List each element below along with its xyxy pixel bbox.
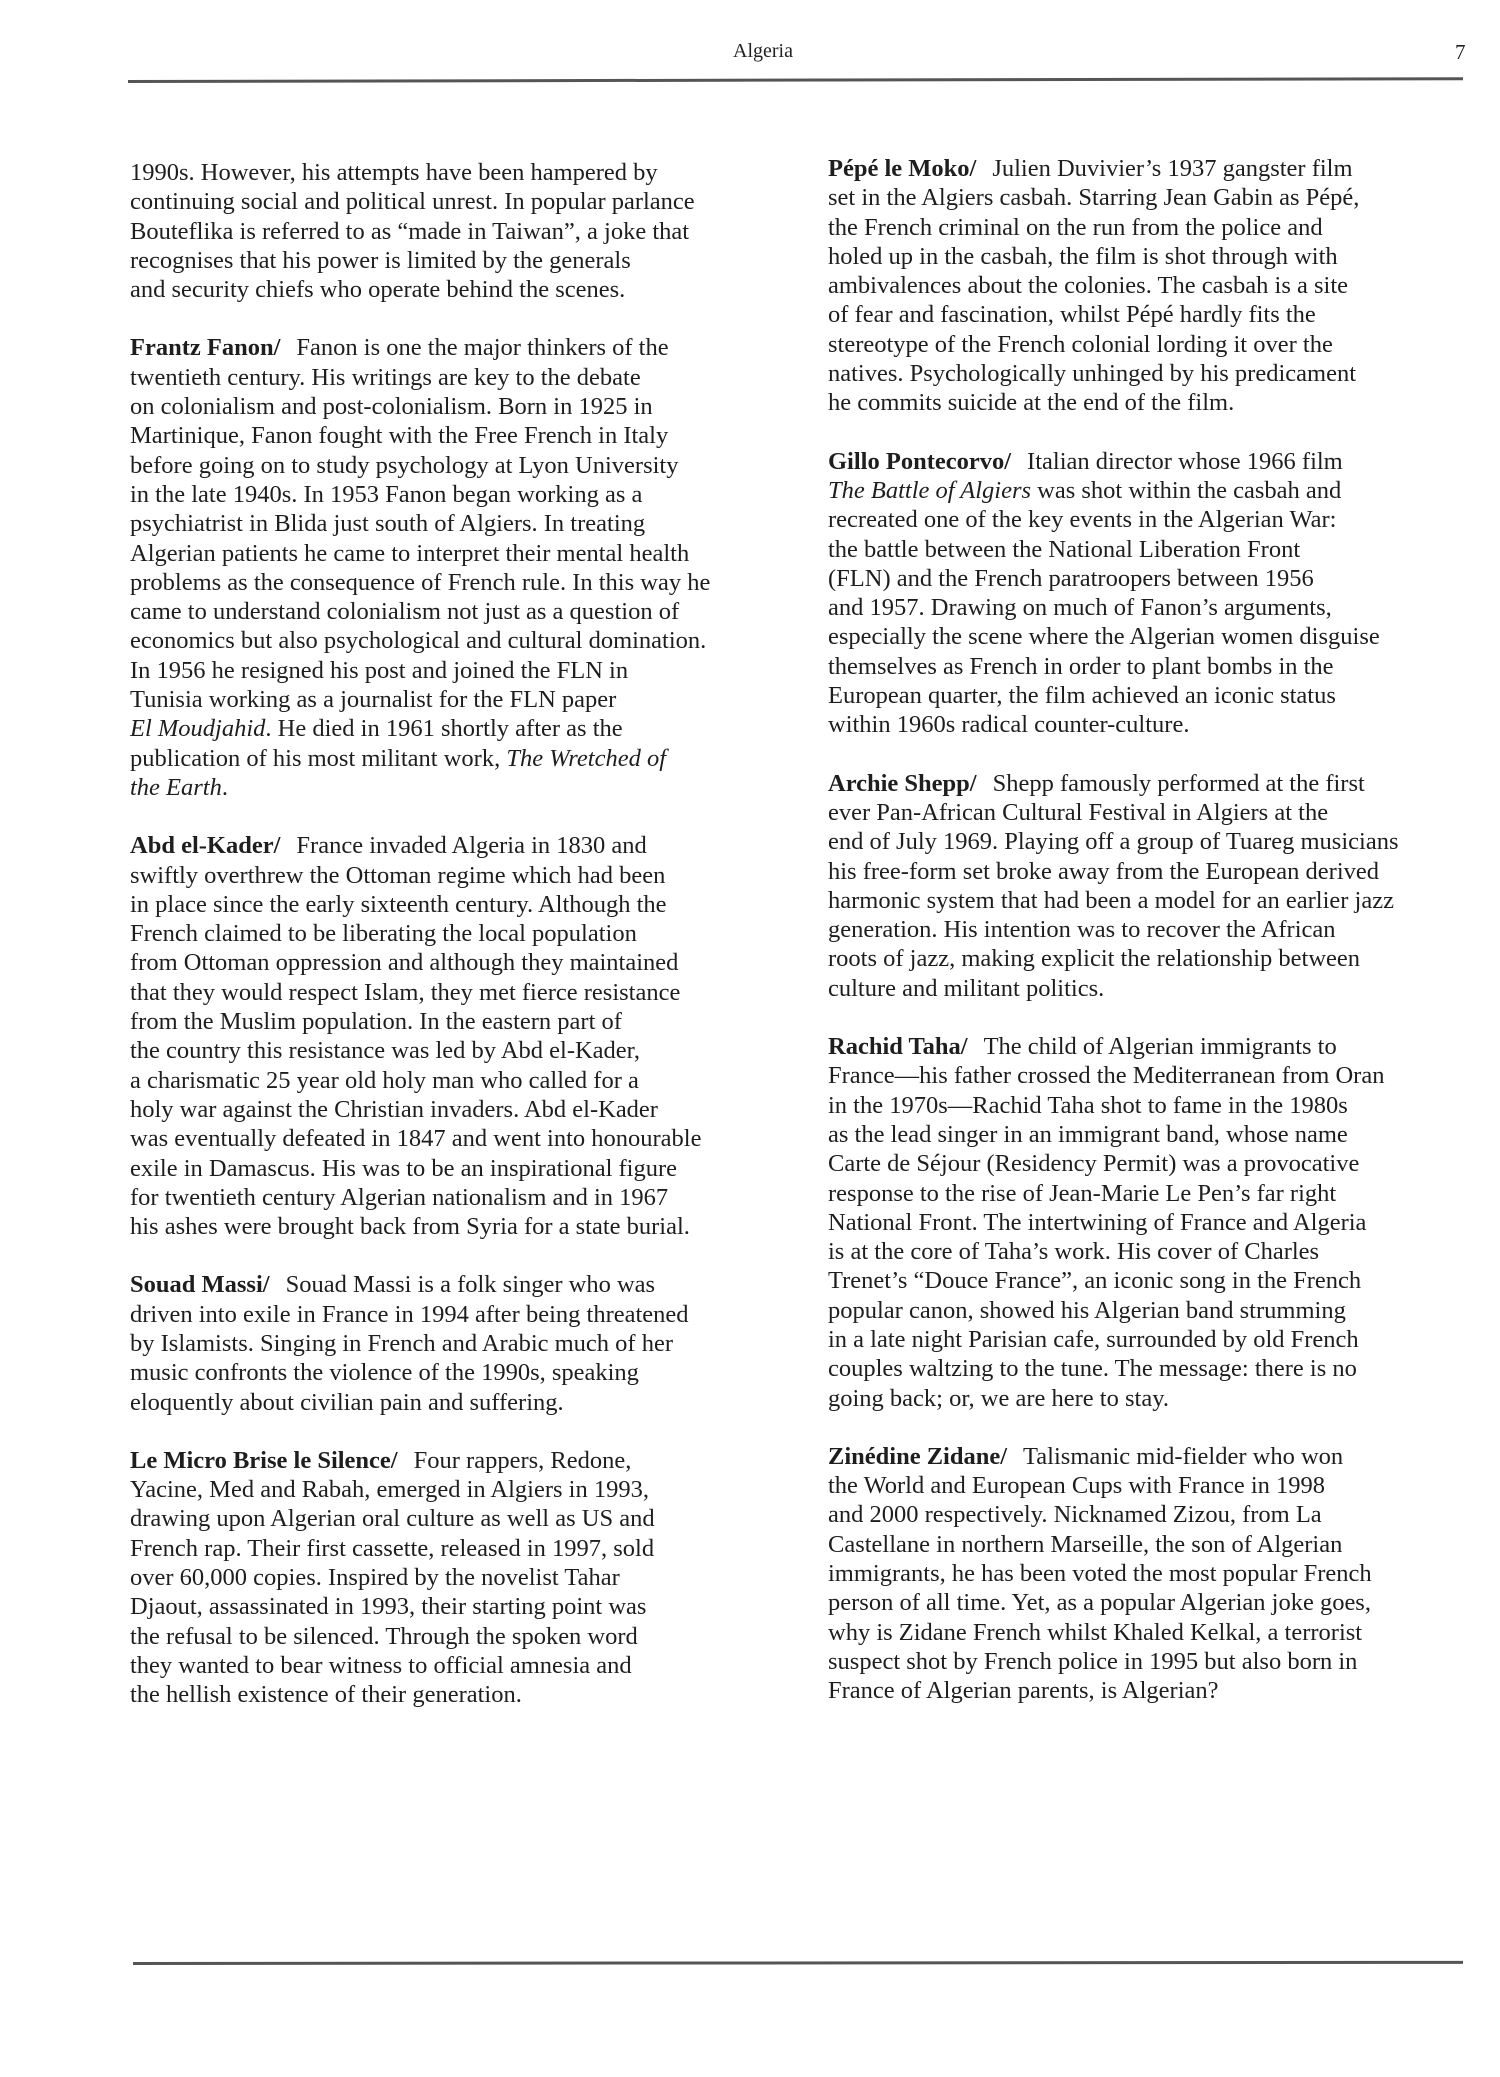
body-text: The child of Algerian immigrants to bbox=[984, 1033, 1337, 1060]
body-text: the French criminal on the run from the … bbox=[828, 214, 1323, 241]
entry-heading: Archie Shepp/ bbox=[828, 770, 977, 797]
body-text: the country this resistance was led by A… bbox=[130, 1037, 640, 1064]
body-text: the refusal to be silenced. Through the … bbox=[130, 1623, 638, 1650]
body-text: and 2000 respectively. Nicknamed Zizou, … bbox=[828, 1501, 1322, 1528]
text-line: a charismatic 25 year old holy man who c… bbox=[130, 1066, 770, 1095]
text-line: Souad Massi/Souad Massi is a folk singer… bbox=[130, 1270, 770, 1299]
text-line: going back; or, we are here to stay. bbox=[828, 1384, 1468, 1413]
text-line: he commits suicide at the end of the fil… bbox=[828, 388, 1468, 417]
body-text: his ashes were brought back from Syria f… bbox=[130, 1213, 690, 1240]
body-text: France—his father crossed the Mediterran… bbox=[828, 1062, 1384, 1089]
body-text: Italian director whose 1966 film bbox=[1027, 448, 1343, 475]
entry-heading: Souad Massi/ bbox=[130, 1271, 270, 1298]
body-text: response to the rise of Jean-Marie Le Pe… bbox=[828, 1180, 1336, 1207]
text-line: swiftly overthrew the Ottoman regime whi… bbox=[130, 861, 770, 890]
body-text: was shot within the casbah and bbox=[1031, 477, 1341, 504]
text-line: they wanted to bear witness to official … bbox=[130, 1651, 770, 1680]
body-text: exile in Damascus. His was to be an insp… bbox=[130, 1155, 677, 1182]
text-line: (FLN) and the French paratroopers betwee… bbox=[828, 564, 1468, 593]
text-line: ever Pan-African Cultural Festival in Al… bbox=[828, 798, 1468, 827]
entry-heading: Rachid Taha/ bbox=[828, 1033, 968, 1060]
text-line: Le Micro Brise le Silence/Four rappers, … bbox=[130, 1446, 770, 1475]
text-line: holy war against the Christian invaders.… bbox=[130, 1095, 770, 1124]
text-line: National Front. The intertwining of Fran… bbox=[828, 1208, 1468, 1237]
entry-heading: Zinédine Zidane/ bbox=[828, 1443, 1007, 1470]
text-line: suspect shot by French police in 1995 bu… bbox=[828, 1647, 1468, 1676]
body-text: Souad Massi is a folk singer who was bbox=[286, 1271, 656, 1298]
footer-rule bbox=[133, 1961, 1463, 1965]
entry-heading: Abd el-Kader/ bbox=[130, 832, 280, 859]
text-line: drawing upon Algerian oral culture as we… bbox=[130, 1504, 770, 1533]
body-text: 1990s. However, his attempts have been h… bbox=[130, 159, 658, 186]
body-text: Shepp famously performed at the first bbox=[993, 770, 1365, 797]
text-line: popular canon, showed his Algerian band … bbox=[828, 1296, 1468, 1325]
text-line: before going on to study psychology at L… bbox=[130, 451, 770, 480]
body-text: Bouteflika is referred to as “made in Ta… bbox=[130, 218, 689, 245]
body-text: recreated one of the key events in the A… bbox=[828, 506, 1336, 533]
text-line: of fear and fascination, whilst Pépé har… bbox=[828, 300, 1468, 329]
body-text: is at the core of Taha’s work. His cover… bbox=[828, 1238, 1319, 1265]
text-line: harmonic system that had been a model fo… bbox=[828, 886, 1468, 915]
header-title: Algeria bbox=[733, 40, 793, 62]
text-line: in a late night Parisian cafe, surrounde… bbox=[828, 1325, 1468, 1354]
text-line: French claimed to be liberating the loca… bbox=[130, 919, 770, 948]
body-text: popular canon, showed his Algerian band … bbox=[828, 1297, 1346, 1324]
glossary-entry: Rachid Taha/The child of Algerian immigr… bbox=[828, 1032, 1468, 1413]
text-line: and 2000 respectively. Nicknamed Zizou, … bbox=[828, 1500, 1468, 1529]
text-line: driven into exile in France in 1994 afte… bbox=[130, 1300, 770, 1329]
text-line: 1990s. However, his attempts have been h… bbox=[130, 158, 770, 187]
body-text: . bbox=[222, 774, 228, 801]
text-line: within 1960s radical counter-culture. bbox=[828, 710, 1468, 739]
body-text: and 1957. Drawing on much of Fanon’s arg… bbox=[828, 594, 1332, 621]
header-rule bbox=[128, 77, 1463, 83]
text-line: by Islamists. Singing in French and Arab… bbox=[130, 1329, 770, 1358]
body-text: twentieth century. His writings are key … bbox=[130, 364, 641, 391]
text-line: The Battle of Algiers was shot within th… bbox=[828, 476, 1468, 505]
body-text: Yacine, Med and Rabah, emerged in Algier… bbox=[130, 1476, 649, 1503]
text-line: stereotype of the French colonial lordin… bbox=[828, 330, 1468, 359]
text-line: and 1957. Drawing on much of Fanon’s arg… bbox=[828, 593, 1468, 622]
body-text: National Front. The intertwining of Fran… bbox=[828, 1209, 1366, 1236]
text-line: twentieth century. His writings are key … bbox=[130, 363, 770, 392]
left-column: 1990s. However, his attempts have been h… bbox=[130, 158, 770, 1739]
entry-heading: Frantz Fanon/ bbox=[130, 334, 280, 361]
body-text: of fear and fascination, whilst Pépé har… bbox=[828, 301, 1316, 328]
text-line: is at the core of Taha’s work. His cover… bbox=[828, 1237, 1468, 1266]
entry-heading: Le Micro Brise le Silence/ bbox=[130, 1447, 398, 1474]
body-text: (FLN) and the French paratroopers betwee… bbox=[828, 565, 1314, 592]
text-line: that they would respect Islam, they met … bbox=[130, 978, 770, 1007]
body-text: French claimed to be liberating the loca… bbox=[130, 920, 637, 947]
text-line: Algerian patients he came to interpret t… bbox=[130, 539, 770, 568]
body-text: Julien Duvivier’s 1937 gangster film bbox=[992, 155, 1352, 182]
body-text: France of Algerian parents, is Algerian? bbox=[828, 1677, 1219, 1704]
body-text: and security chiefs who operate behind t… bbox=[130, 276, 625, 303]
body-text: harmonic system that had been a model fo… bbox=[828, 887, 1394, 914]
continued-paragraph: 1990s. However, his attempts have been h… bbox=[130, 158, 770, 304]
body-text: in a late night Parisian cafe, surrounde… bbox=[828, 1326, 1359, 1353]
text-line: as the lead singer in an immigrant band,… bbox=[828, 1120, 1468, 1149]
glossary-entry: Zinédine Zidane/Talismanic mid-fielder w… bbox=[828, 1442, 1468, 1706]
text-line: France—his father crossed the Mediterran… bbox=[828, 1061, 1468, 1090]
body-text: France invaded Algeria in 1830 and bbox=[296, 832, 646, 859]
text-line: Archie Shepp/Shepp famously performed at… bbox=[828, 769, 1468, 798]
text-line: Castellane in northern Marseille, the so… bbox=[828, 1530, 1468, 1559]
text-line: publication of his most militant work, T… bbox=[130, 744, 770, 773]
text-line: in place since the early sixteenth centu… bbox=[130, 890, 770, 919]
text-line: France of Algerian parents, is Algerian? bbox=[828, 1676, 1468, 1705]
body-text: he commits suicide at the end of the fil… bbox=[828, 389, 1234, 416]
body-text: Fanon is one the major thinkers of the bbox=[296, 334, 668, 361]
body-text: holy war against the Christian invaders.… bbox=[130, 1096, 658, 1123]
body-text: a charismatic 25 year old holy man who c… bbox=[130, 1067, 639, 1094]
body-text: couples waltzing to the tune. The messag… bbox=[828, 1355, 1357, 1382]
body-text: French rap. Their first cassette, releas… bbox=[130, 1535, 654, 1562]
body-text: publication of his most militant work, bbox=[130, 745, 506, 772]
body-text: recognises that his power is limited by … bbox=[130, 247, 631, 274]
body-text: was eventually defeated in 1847 and went… bbox=[130, 1125, 702, 1152]
text-line: for twentieth century Algerian nationali… bbox=[130, 1183, 770, 1212]
body-text: person of all time. Yet, as a popular Al… bbox=[828, 1589, 1371, 1616]
text-line: Zinédine Zidane/Talismanic mid-fielder w… bbox=[828, 1442, 1468, 1471]
body-text: eloquently about civilian pain and suffe… bbox=[130, 1389, 564, 1416]
text-line: French rap. Their first cassette, releas… bbox=[130, 1534, 770, 1563]
body-text: swiftly overthrew the Ottoman regime whi… bbox=[130, 862, 665, 889]
text-line: Yacine, Med and Rabah, emerged in Algier… bbox=[130, 1475, 770, 1504]
text-line: set in the Algiers casbah. Starring Jean… bbox=[828, 183, 1468, 212]
text-line: in the late 1940s. In 1953 Fanon began w… bbox=[130, 480, 770, 509]
body-text: in the 1970s—Rachid Taha shot to fame in… bbox=[828, 1092, 1348, 1119]
text-line: Tunisia working as a journalist for the … bbox=[130, 685, 770, 714]
glossary-entry: Gillo Pontecorvo/Italian director whose … bbox=[828, 447, 1468, 740]
body-text: drawing upon Algerian oral culture as we… bbox=[130, 1505, 655, 1532]
text-line: response to the rise of Jean-Marie Le Pe… bbox=[828, 1179, 1468, 1208]
body-text: for twentieth century Algerian nationali… bbox=[130, 1184, 668, 1211]
body-text: driven into exile in France in 1994 afte… bbox=[130, 1301, 689, 1328]
body-text: Carte de Séjour (Residency Permit) was a… bbox=[828, 1150, 1359, 1177]
body-text: in the late 1940s. In 1953 Fanon began w… bbox=[130, 481, 642, 508]
body-text: why is Zidane French whilst Khaled Kelka… bbox=[828, 1619, 1362, 1646]
body-text: especially the scene where the Algerian … bbox=[828, 623, 1380, 650]
body-text: the battle between the National Liberati… bbox=[828, 536, 1300, 563]
text-line: culture and militant politics. bbox=[828, 974, 1468, 1003]
text-line: Gillo Pontecorvo/Italian director whose … bbox=[828, 447, 1468, 476]
entry-heading: Gillo Pontecorvo/ bbox=[828, 448, 1011, 475]
body-text: suspect shot by French police in 1995 bu… bbox=[828, 1648, 1357, 1675]
text-line: recognises that his power is limited by … bbox=[130, 246, 770, 275]
text-line: over 60,000 copies. Inspired by the nove… bbox=[130, 1563, 770, 1592]
text-line: on colonialism and post-colonialism. Bor… bbox=[130, 392, 770, 421]
text-line: the country this resistance was led by A… bbox=[130, 1036, 770, 1065]
body-text: the hellish existence of their generatio… bbox=[130, 1681, 522, 1708]
body-text: In 1956 he resigned his post and joined … bbox=[130, 657, 628, 684]
body-text: on colonialism and post-colonialism. Bor… bbox=[130, 393, 653, 420]
body-text: in place since the early sixteenth centu… bbox=[130, 891, 667, 918]
body-text: by Islamists. Singing in French and Arab… bbox=[130, 1330, 673, 1357]
text-line: the World and European Cups with France … bbox=[828, 1471, 1468, 1500]
body-text: as the lead singer in an immigrant band,… bbox=[828, 1121, 1348, 1148]
body-text: within 1960s radical counter-culture. bbox=[828, 711, 1189, 738]
page-number: 7 bbox=[1455, 40, 1466, 65]
body-text: from Ottoman oppression and although the… bbox=[130, 949, 678, 976]
text-line: exile in Damascus. His was to be an insp… bbox=[130, 1154, 770, 1183]
body-text: ambivalences about the colonies. The cas… bbox=[828, 272, 1348, 299]
text-line: Trenet’s “Douce France”, an iconic song … bbox=[828, 1266, 1468, 1295]
body-text: . He died in 1961 shortly after as the bbox=[265, 715, 622, 742]
body-text: economics but also psychological and cul… bbox=[130, 627, 706, 654]
body-text: end of July 1969. Playing off a group of… bbox=[828, 828, 1399, 855]
body-text: European quarter, the film achieved an i… bbox=[828, 682, 1336, 709]
body-text: going back; or, we are here to stay. bbox=[828, 1385, 1169, 1412]
body-text: Djaout, assassinated in 1993, their star… bbox=[130, 1593, 646, 1620]
body-text: the World and European Cups with France … bbox=[828, 1472, 1325, 1499]
body-text: from the Muslim population. In the easte… bbox=[130, 1008, 622, 1035]
body-text: psychiatrist in Blida just south of Algi… bbox=[130, 510, 645, 537]
text-line: Carte de Séjour (Residency Permit) was a… bbox=[828, 1149, 1468, 1178]
glossary-entry: Archie Shepp/Shepp famously performed at… bbox=[828, 769, 1468, 1003]
body-text: roots of jazz, making explicit the relat… bbox=[828, 945, 1360, 972]
body-text: over 60,000 copies. Inspired by the nove… bbox=[130, 1564, 620, 1591]
glossary-entry: Pépé le Moko/Julien Duvivier’s 1937 gang… bbox=[828, 154, 1468, 418]
body-text: problems as the consequence of French ru… bbox=[130, 569, 710, 596]
body-text: ever Pan-African Cultural Festival in Al… bbox=[828, 799, 1328, 826]
body-text: music confronts the violence of the 1990… bbox=[130, 1359, 639, 1386]
text-line: psychiatrist in Blida just south of Algi… bbox=[130, 509, 770, 538]
glossary-entry: Frantz Fanon/Fanon is one the major thin… bbox=[130, 333, 770, 802]
text-line: Martinique, Fanon fought with the Free F… bbox=[130, 421, 770, 450]
text-line: music confronts the violence of the 1990… bbox=[130, 1358, 770, 1387]
text-line: Frantz Fanon/Fanon is one the major thin… bbox=[130, 333, 770, 362]
body-text: holed up in the casbah, the film is shot… bbox=[828, 243, 1338, 270]
text-line: end of July 1969. Playing off a group of… bbox=[828, 827, 1468, 856]
body-text: Four rappers, Redone, bbox=[414, 1447, 632, 1474]
text-line: European quarter, the film achieved an i… bbox=[828, 681, 1468, 710]
text-line: economics but also psychological and cul… bbox=[130, 626, 770, 655]
body-text: Tunisia working as a journalist for the … bbox=[130, 686, 616, 713]
body-text: immigrants, he has been voted the most p… bbox=[828, 1560, 1372, 1587]
text-line: the French criminal on the run from the … bbox=[828, 213, 1468, 242]
text-line: Pépé le Moko/Julien Duvivier’s 1937 gang… bbox=[828, 154, 1468, 183]
italic-title: The Battle of Algiers bbox=[828, 477, 1031, 504]
text-line: in the 1970s—Rachid Taha shot to fame in… bbox=[828, 1091, 1468, 1120]
text-line: and security chiefs who operate behind t… bbox=[130, 275, 770, 304]
text-line: couples waltzing to the tune. The messag… bbox=[828, 1354, 1468, 1383]
body-text: generation. His intention was to recover… bbox=[828, 916, 1336, 943]
text-line: El Moudjahid. He died in 1961 shortly af… bbox=[130, 714, 770, 743]
text-line: the battle between the National Liberati… bbox=[828, 535, 1468, 564]
text-line: problems as the consequence of French ru… bbox=[130, 568, 770, 597]
text-line: recreated one of the key events in the A… bbox=[828, 505, 1468, 534]
running-header: Algeria bbox=[0, 40, 1500, 63]
body-text: came to understand colonialism not just … bbox=[130, 598, 679, 625]
body-text: natives. Psychologically unhinged by his… bbox=[828, 360, 1356, 387]
text-line: natives. Psychologically unhinged by his… bbox=[828, 359, 1468, 388]
text-line: immigrants, he has been voted the most p… bbox=[828, 1559, 1468, 1588]
italic-title: the Earth bbox=[130, 774, 222, 801]
text-line: was eventually defeated in 1847 and went… bbox=[130, 1124, 770, 1153]
text-line: his ashes were brought back from Syria f… bbox=[130, 1212, 770, 1241]
text-line: person of all time. Yet, as a popular Al… bbox=[828, 1588, 1468, 1617]
text-line: from the Muslim population. In the easte… bbox=[130, 1007, 770, 1036]
text-line: Djaout, assassinated in 1993, their star… bbox=[130, 1592, 770, 1621]
glossary-entry: Souad Massi/Souad Massi is a folk singer… bbox=[130, 1270, 770, 1416]
glossary-entry: Abd el-Kader/France invaded Algeria in 1… bbox=[130, 831, 770, 1241]
body-text: that they would respect Islam, they met … bbox=[130, 979, 680, 1006]
text-line: eloquently about civilian pain and suffe… bbox=[130, 1388, 770, 1417]
text-line: why is Zidane French whilst Khaled Kelka… bbox=[828, 1618, 1468, 1647]
text-line: generation. His intention was to recover… bbox=[828, 915, 1468, 944]
text-line: came to understand colonialism not just … bbox=[130, 597, 770, 626]
italic-title: The Wretched of bbox=[506, 745, 666, 772]
body-text: Castellane in northern Marseille, the so… bbox=[828, 1531, 1342, 1558]
text-line: the hellish existence of their generatio… bbox=[130, 1680, 770, 1709]
body-text: they wanted to bear witness to official … bbox=[130, 1652, 632, 1679]
text-line: Abd el-Kader/France invaded Algeria in 1… bbox=[130, 831, 770, 860]
text-line: especially the scene where the Algerian … bbox=[828, 622, 1468, 651]
body-text: his free-form set broke away from the Eu… bbox=[828, 858, 1379, 885]
text-line: the Earth. bbox=[130, 773, 770, 802]
text-line: from Ottoman oppression and although the… bbox=[130, 948, 770, 977]
body-text: Trenet’s “Douce France”, an iconic song … bbox=[828, 1267, 1361, 1294]
glossary-entry: Le Micro Brise le Silence/Four rappers, … bbox=[130, 1446, 770, 1710]
body-text: Martinique, Fanon fought with the Free F… bbox=[130, 422, 668, 449]
text-line: holed up in the casbah, the film is shot… bbox=[828, 242, 1468, 271]
body-text: continuing social and political unrest. … bbox=[130, 188, 695, 215]
text-line: Rachid Taha/The child of Algerian immigr… bbox=[828, 1032, 1468, 1061]
body-text: themselves as French in order to plant b… bbox=[828, 653, 1334, 680]
text-line: the refusal to be silenced. Through the … bbox=[130, 1622, 770, 1651]
body-text: Algerian patients he came to interpret t… bbox=[130, 540, 689, 567]
text-line: his free-form set broke away from the Eu… bbox=[828, 857, 1468, 886]
body-text: Talismanic mid-fielder who won bbox=[1023, 1443, 1343, 1470]
entry-heading: Pépé le Moko/ bbox=[828, 155, 976, 182]
body-text: stereotype of the French colonial lordin… bbox=[828, 331, 1333, 358]
right-column: Pépé le Moko/Julien Duvivier’s 1937 gang… bbox=[828, 154, 1468, 1735]
text-line: In 1956 he resigned his post and joined … bbox=[130, 656, 770, 685]
text-line: continuing social and political unrest. … bbox=[130, 187, 770, 216]
body-text: before going on to study psychology at L… bbox=[130, 452, 678, 479]
text-line: roots of jazz, making explicit the relat… bbox=[828, 944, 1468, 973]
text-line: ambivalences about the colonies. The cas… bbox=[828, 271, 1468, 300]
text-line: themselves as French in order to plant b… bbox=[828, 652, 1468, 681]
text-line: Bouteflika is referred to as “made in Ta… bbox=[130, 217, 770, 246]
italic-title: El Moudjahid bbox=[130, 715, 265, 742]
body-text: set in the Algiers casbah. Starring Jean… bbox=[828, 184, 1359, 211]
body-text: culture and militant politics. bbox=[828, 975, 1104, 1002]
